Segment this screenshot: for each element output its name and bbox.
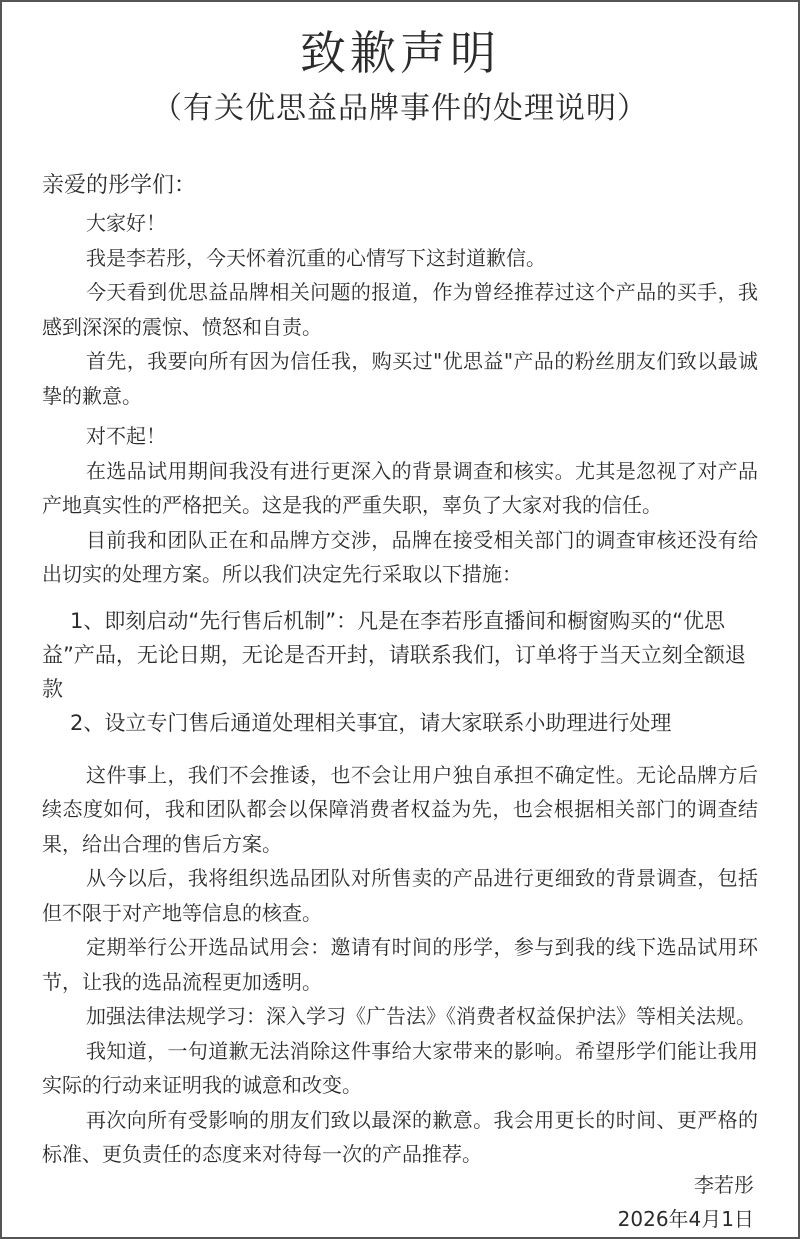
greeting: 亲爱的彤学们： [42, 168, 758, 204]
paragraph-apology-first: 首先，我要向所有因为信任我，购买过"优思益"产品的粉丝朋友们致以最诚挚的歉意。 [42, 344, 758, 413]
paragraph-sorry: 对不起！ [42, 419, 758, 454]
spacer [42, 740, 758, 758]
document-subtitle: （有关优思益品牌事件的处理说明） [2, 94, 798, 124]
spacer [42, 592, 758, 604]
signature-block: 李若彤 2026年4月1日 [618, 1168, 754, 1236]
paragraph-report: 今天看到优思益品牌相关问题的报道，作为曾经推荐过这个产品的买手，我感到深深的震惊… [42, 275, 758, 344]
paragraph-intro: 我是李若彤，今天怀着沉重的心情写下这封道歉信。 [42, 241, 758, 276]
paragraph-negotiation: 目前我和团队正在和品牌方交涉，品牌在接受相关部门的调查审核还没有给出切实的处理方… [42, 523, 758, 592]
paragraph-final-apology: 再次向所有受影响的朋友们致以最深的歉意。我会用更长的时间、更严格的标准、更负责任… [42, 1103, 758, 1172]
paragraph-failure: 在选品试用期间我没有进行更深入的背景调查和核实。尤其是忽视了对产品产地真实性的严… [42, 454, 758, 523]
paragraph-public-trials: 定期举行公开选品试用会：邀请有时间的彤学，参与到我的线下选品试用环节，让我的选品… [42, 930, 758, 999]
paragraph-hello: 大家好！ [42, 206, 758, 241]
signature-name: 李若彤 [618, 1168, 754, 1202]
apology-letter-page: 致歉声明 （有关优思益品牌事件的处理说明） 亲爱的彤学们： 大家好！ 我是李若彤… [0, 0, 800, 1239]
paragraph-hope: 我知道，一句道歉无法消除这件事给大家带来的影响。希望彤学们能让我用实际的行动来证… [42, 1034, 758, 1103]
letter-body: 亲爱的彤学们： 大家好！ 我是李若彤，今天怀着沉重的心情写下这封道歉信。 今天看… [42, 168, 758, 1172]
paragraph-legal-study: 加强法律法规学习：深入学习《广告法》《消费者权益保护法》等相关法规。 [42, 999, 758, 1034]
measure-item-channel: 2、设立专门售后通道处理相关事宜，请大家联系小助理进行处理 [42, 706, 758, 740]
measure-item-refund: 1、即刻启动“先行售后机制”：凡是在李若彤直播间和橱窗购买的“优思益”产品，无论… [42, 604, 758, 706]
signature-date: 2026年4月1日 [618, 1202, 754, 1236]
paragraph-commitment: 这件事上，我们不会推诿，也不会让用户独自承担不确定性。无论品牌方后续态度如何，我… [42, 758, 758, 862]
paragraph-future-checks: 从今以后，我将组织选品团队对所售卖的产品进行更细致的背景调查，包括但不限于对产地… [42, 861, 758, 930]
document-title: 致歉声明 [2, 30, 798, 76]
